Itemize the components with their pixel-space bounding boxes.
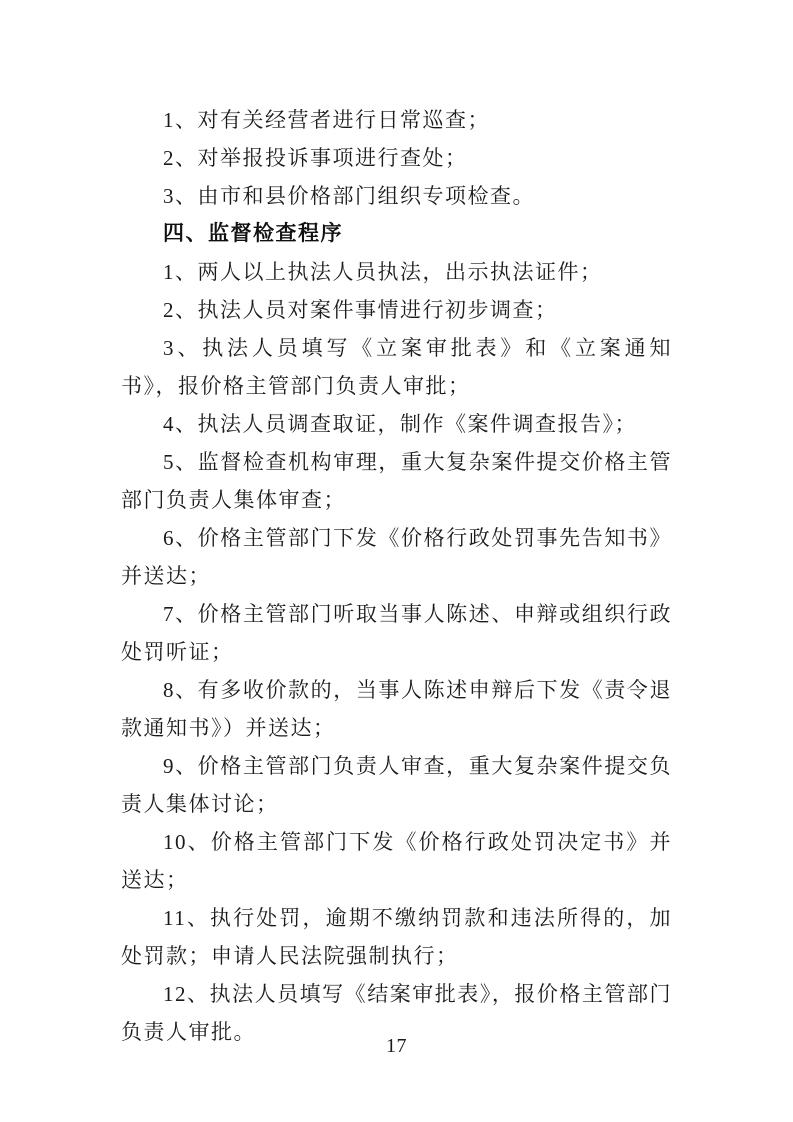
list-item: 10、价格主管部门下发《价格行政处罚决定书》并送达； (121, 823, 672, 899)
list-item: 2、对举报投诉事项进行查处； (121, 139, 672, 177)
list-item: 1、对有关经营者进行日常巡查； (121, 101, 672, 139)
list-item: 3、由市和县价格部门组织专项检查。 (121, 177, 672, 215)
list-item: 7、价格主管部门听取当事人陈述、申辩或组织行政处罚听证； (121, 595, 672, 671)
list-item: 5、监督检查机构审理，重大复杂案件提交价格主管部门负责人集体审查； (121, 443, 672, 519)
document-body: 1、对有关经营者进行日常巡查； 2、对举报投诉事项进行查处； 3、由市和县价格部… (121, 101, 672, 1051)
list-item: 11、执行处罚，逾期不缴纳罚款和违法所得的，加处罚款；申请人民法院强制执行； (121, 899, 672, 975)
list-item: 8、有多收价款的，当事人陈述申辩后下发《责令退款通知书》）并送达； (121, 671, 672, 747)
section-heading: 四、监督检查程序 (121, 215, 672, 253)
list-item: 4、执法人员调查取证，制作《案件调查报告》； (121, 405, 672, 443)
list-item: 6、价格主管部门下发《价格行政处罚事先告知书》并送达； (121, 519, 672, 595)
list-item: 2、执法人员对案件事情进行初步调查； (121, 291, 672, 329)
document-page: 1、对有关经营者进行日常巡查； 2、对举报投诉事项进行查处； 3、由市和县价格部… (0, 0, 793, 1122)
list-item: 3、执法人员填写《立案审批表》和《立案通知书》，报价格主管部门负责人审批； (121, 329, 672, 405)
page-number: 17 (0, 1032, 793, 1060)
list-item: 9、价格主管部门负责人审查，重大复杂案件提交负责人集体讨论； (121, 747, 672, 823)
list-item: 1、两人以上执法人员执法，出示执法证件； (121, 253, 672, 291)
